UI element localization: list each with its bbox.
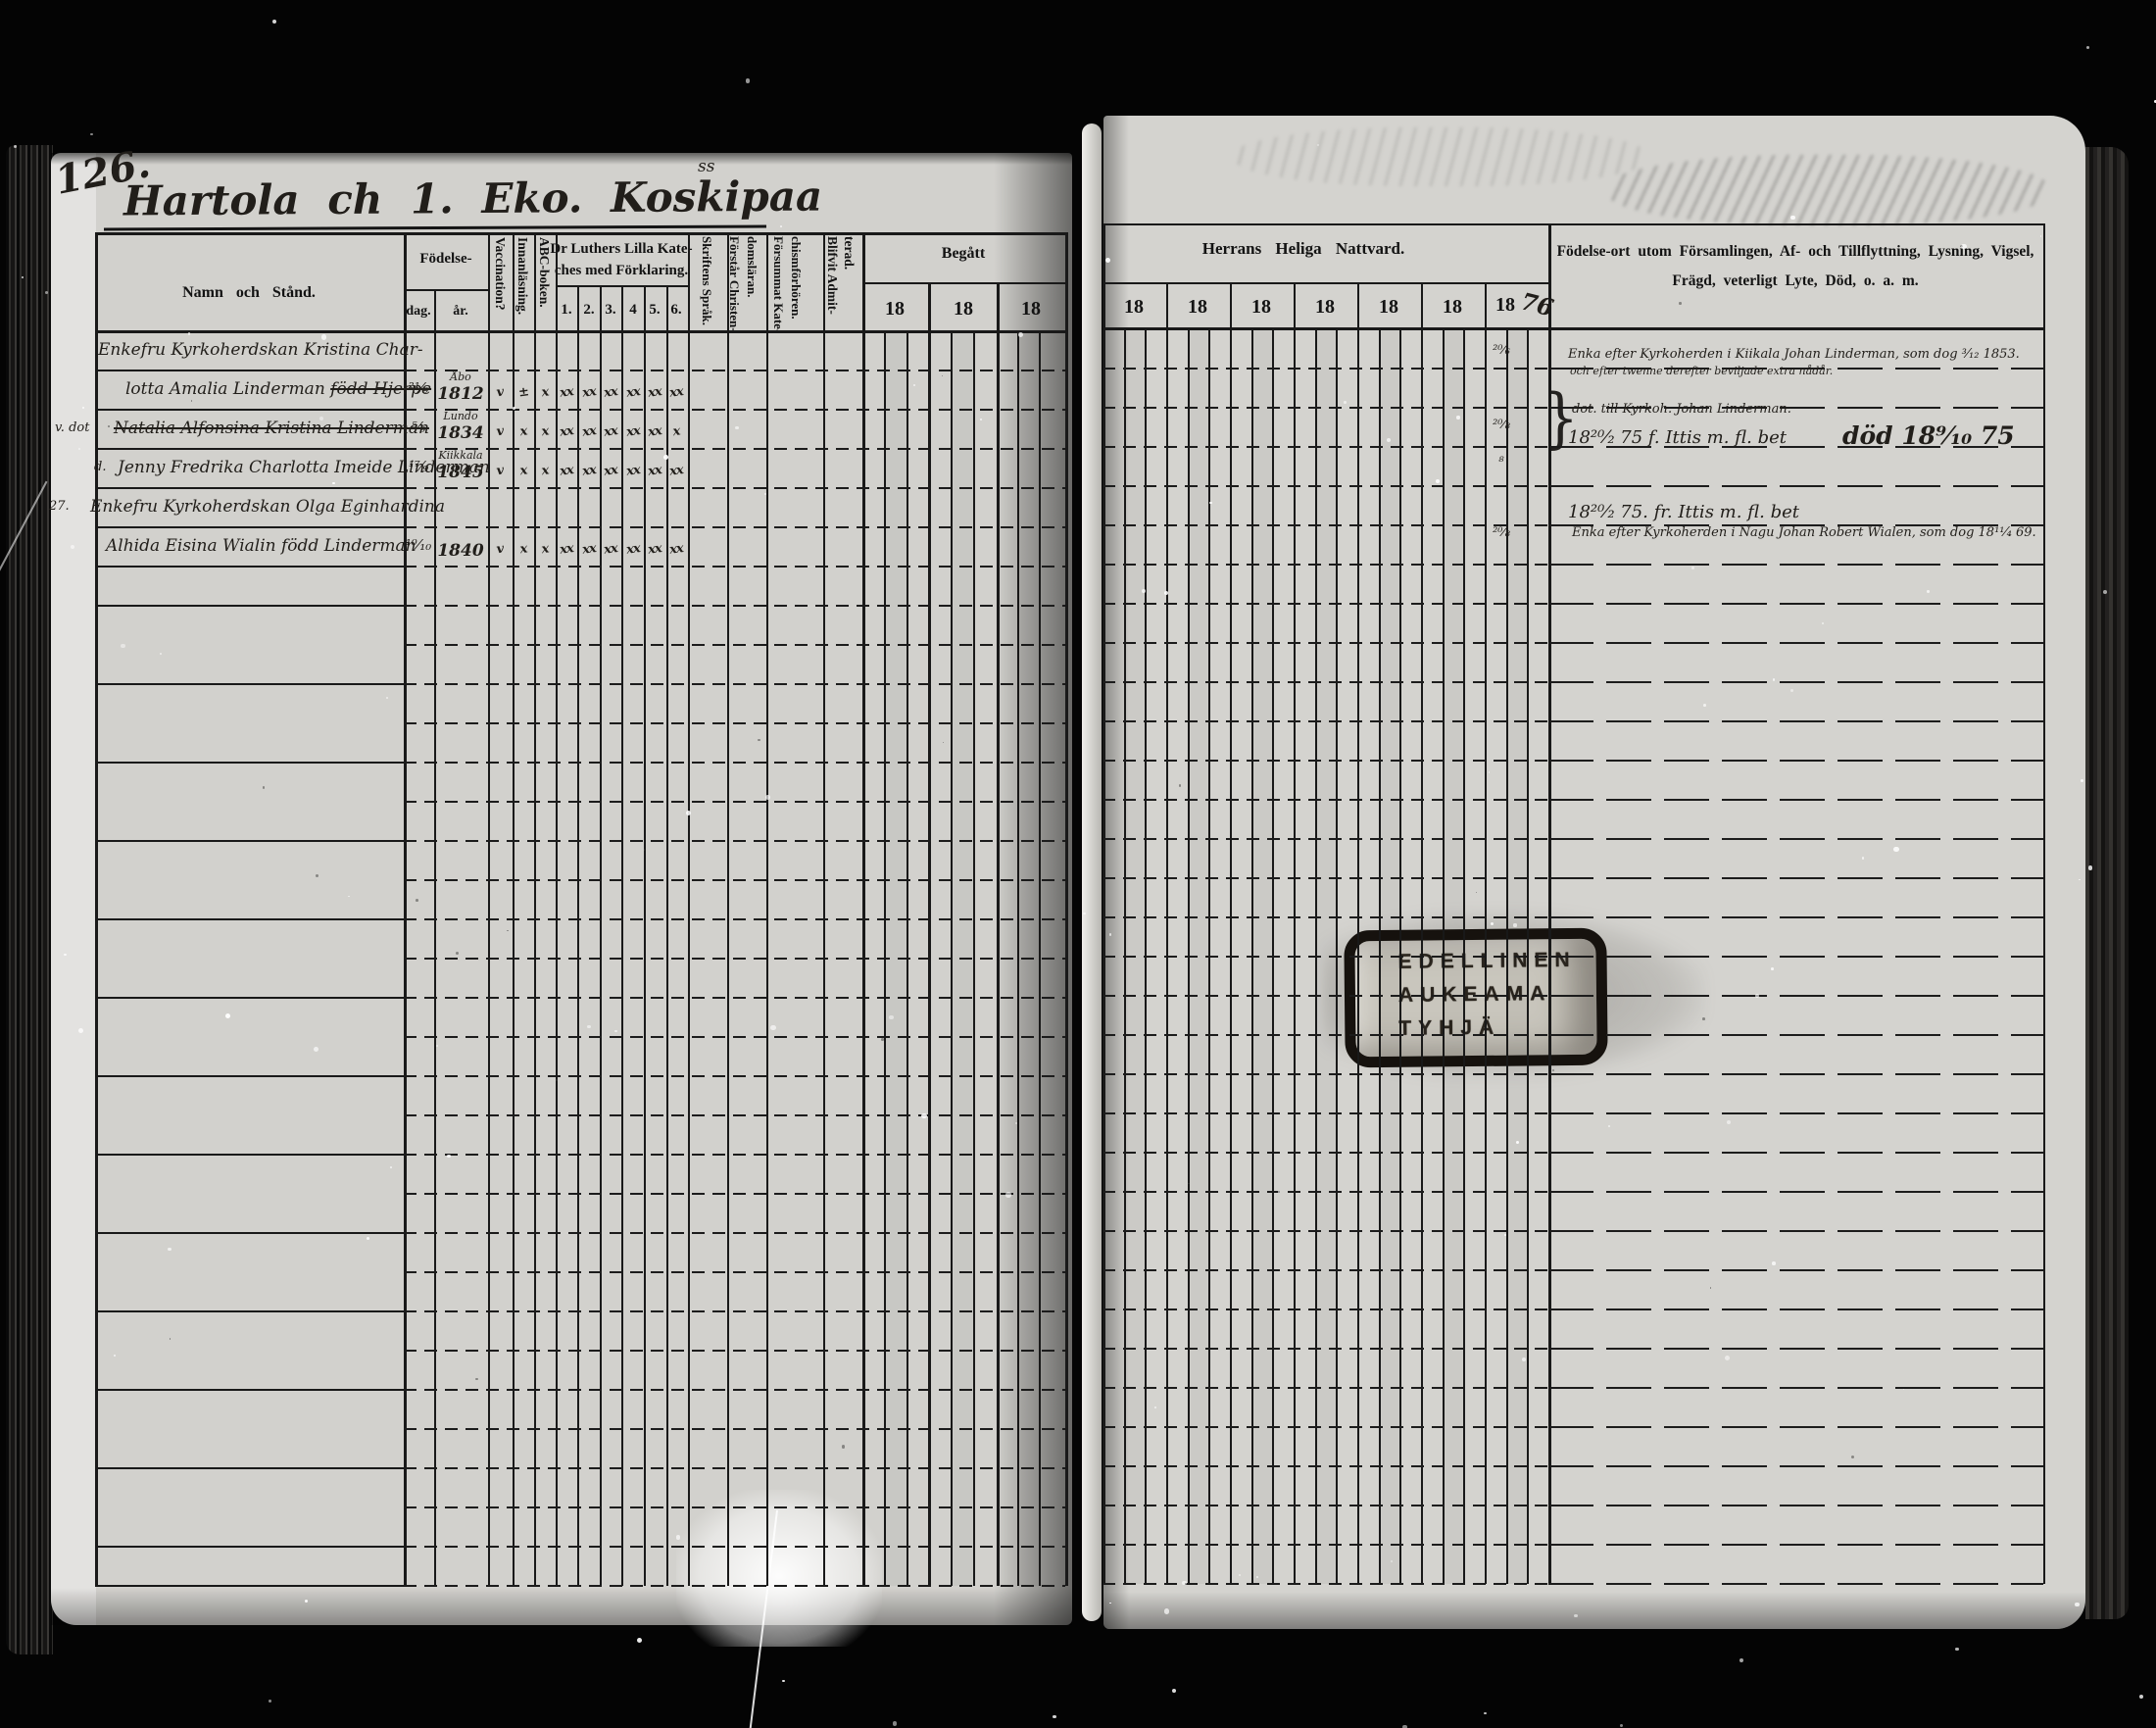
catechism-number: 1.: [561, 302, 571, 319]
grid-row-dashed: [1548, 1544, 2043, 1546]
entry-name-text: Enkefru Kyrkoherdskan Olga Eginhardina: [90, 497, 445, 517]
communion-year-label-right: 18: [1315, 296, 1335, 319]
book-right-edge: [2085, 147, 2129, 1619]
dust-speck: [2040, 235, 2042, 237]
name-column-rule: [95, 566, 404, 568]
entry-check-mark: v: [496, 464, 505, 479]
grid-row-dashed: [1102, 1152, 1548, 1154]
name-column-rule: [95, 1585, 404, 1587]
grid-row-dashed: [1548, 1112, 2043, 1114]
dust-speck: [980, 419, 982, 420]
entry-check-mark: xx: [647, 541, 661, 558]
col-header-understands-2: domsläran.: [744, 236, 759, 297]
dust-speck: [1927, 590, 1929, 592]
grid-row-dashed: [1548, 877, 2043, 879]
birth-subheader-line: [404, 289, 488, 291]
name-column-rule: [95, 605, 404, 607]
entry-name-text: Enkefru Kyrkoherdskan Kristina Char-: [98, 340, 423, 360]
dust-speck: [332, 482, 334, 484]
entry-birth-day: ⁵⁄₉: [412, 419, 426, 436]
dust-speck: [1574, 1614, 1578, 1618]
ink-speck: [650, 430, 652, 432]
grid-row-dashed: [1102, 799, 1548, 801]
grid-row-dashed: [1102, 1230, 1548, 1232]
right-table-top-border: [1102, 223, 2043, 225]
grid-vline: [823, 232, 825, 1586]
grid-row-dashed: [1102, 446, 1548, 448]
dust-speck: [1182, 1581, 1186, 1585]
grid-row-dashed: [1102, 760, 1548, 762]
col-header-reading: Innanläsning.: [514, 237, 530, 315]
entry-check-mark: xx: [603, 541, 617, 558]
entry-check-mark: xx: [581, 541, 596, 558]
catechism-number: 3.: [605, 302, 615, 319]
name-column-rule: [95, 1154, 404, 1156]
left-page-margin-light: [51, 153, 96, 1625]
left-table-header-bottom: [95, 330, 1065, 333]
entry-check-mark: xx: [559, 423, 573, 440]
name-column-rule: [95, 1546, 404, 1548]
entry-check-mark: xx: [625, 423, 640, 440]
catechism-number: 4: [629, 302, 637, 319]
dust-speck: [319, 417, 323, 420]
communion-year-label: 18: [1021, 298, 1041, 321]
grid-row-dashed: [1102, 368, 1548, 370]
dust-speck: [780, 225, 782, 227]
dust-speck: [1278, 1191, 1280, 1193]
note-text: Enka efter Kyrkoherden i Kiikala Johan L…: [1568, 347, 2020, 362]
dust-speck: [305, 1600, 308, 1603]
entry-name-text: lotta Amalia Linderman: [125, 379, 330, 399]
ink-speck: [1702, 1017, 1705, 1020]
right-communion-subheader-line: [1102, 282, 1548, 284]
dust-speck: [614, 1030, 616, 1032]
communion-date-mark: ²⁰⁄₈: [1493, 418, 1510, 432]
ink-speck: [191, 400, 193, 402]
dust-speck: [1015, 1122, 1017, 1124]
dust-speck: [921, 1113, 926, 1118]
right-table-right-border: [2043, 223, 2045, 1584]
ink-speck: [842, 1445, 845, 1448]
grid-row-dashed: [1102, 720, 1548, 722]
right-page-bottom-shadow: [1103, 1592, 2085, 1629]
entry-birth-day: ¹⁷⁄₉: [409, 458, 429, 475]
col-header-catechism-2: ches med Förklaring.: [555, 263, 688, 279]
grid-vline: [973, 333, 975, 1586]
ink-speck: [1179, 784, 1181, 786]
gutter-highlight: [1082, 123, 1102, 1621]
communion-year-label: 18: [885, 298, 905, 321]
col-header-admitted-1: Blifvit Admit-: [824, 236, 840, 315]
grid-row-dashed: [1548, 1152, 2043, 1154]
page-title: Hartola ch 1. Eko. Koskipaa: [123, 173, 822, 225]
left-page-bottom-shadow: [51, 1588, 1072, 1625]
grid-row-dashed: [1548, 838, 2043, 840]
ink-speck: [108, 425, 110, 427]
entry-check-mark: xx: [603, 384, 617, 401]
dust-speck: [1154, 1407, 1156, 1408]
col-header-catechism-1: Dr Luthers Lilla Kate-: [550, 241, 692, 258]
entry-check-mark: xx: [581, 423, 596, 440]
grid-row-dashed: [1102, 407, 1548, 409]
name-column-rule: [95, 762, 404, 764]
right-table-header-bottom: [1102, 327, 2043, 330]
dust-speck: [2088, 865, 2093, 870]
dust-speck: [1456, 416, 1459, 419]
communion-year-label: 18: [954, 298, 973, 321]
ink-speck: [1851, 1456, 1854, 1458]
grid-row-dashed: [1548, 485, 2043, 487]
grid-row-dashed: [1548, 956, 2043, 958]
entry-check-mark: xx: [625, 541, 640, 558]
grid-row-dashed: [1102, 1544, 1548, 1546]
dust-speck: [676, 1535, 680, 1539]
dust-speck: [1739, 1658, 1743, 1662]
dust-speck: [1164, 591, 1168, 595]
entry-check-mark: xx: [603, 423, 617, 440]
dust-speck: [686, 811, 691, 815]
ink-speck: [456, 952, 459, 955]
grid-row-dashed: [1548, 1230, 2043, 1232]
dust-speck: [2103, 590, 2107, 594]
col-header-scripture: Skriftens Språk.: [699, 236, 714, 325]
grid-row-dashed: [1548, 1505, 2043, 1506]
entry-name-struck: Natalia Alfonsina Kristina Linderman: [114, 419, 429, 438]
entry-check-mark: xx: [559, 463, 573, 479]
name-column-rule: [95, 1389, 404, 1391]
name-column-rule: [95, 683, 404, 685]
dust-speck: [1256, 1576, 1258, 1578]
note-text: Enka efter Kyrkoherden i Nagu Johan Robe…: [1572, 525, 2036, 540]
note-text: och efter twenne derefter beviljade extr…: [1570, 365, 1833, 377]
entry-check-mark: xx: [668, 541, 683, 558]
grid-vline: [862, 232, 865, 1586]
name-column-rule: [95, 840, 404, 842]
flare-bottom: [676, 1490, 882, 1647]
entry-check-mark: ±: [517, 384, 529, 400]
entry-check-mark: xx: [625, 384, 640, 401]
ink-speck: [758, 739, 759, 741]
dust-speck: [269, 1700, 271, 1703]
dust-speck: [1983, 531, 1984, 533]
communion-year-label-right: 18: [1124, 296, 1144, 319]
entry-check-mark: v: [496, 424, 505, 440]
name-column-rule: [95, 1310, 404, 1312]
dust-speck: [1018, 332, 1023, 337]
grid-row-dashed: [1102, 956, 1548, 958]
grid-row-dashed: [1548, 1465, 2043, 1467]
dust-speck: [2139, 1695, 2143, 1699]
ink-speck: [1552, 1069, 1554, 1071]
grid-vline: [766, 232, 768, 1586]
col-header-admitted-2: terad.: [841, 236, 857, 270]
grid-row-dashed: [1102, 681, 1548, 683]
dust-speck: [386, 697, 388, 699]
grid-row-dashed: [1102, 1073, 1548, 1075]
page-title-superscript: ss: [698, 157, 714, 176]
entry-margin-note: d.: [94, 460, 106, 474]
ghost-writing-smudge: [1607, 155, 2048, 225]
catechism-number: 5.: [649, 302, 660, 319]
catechism-number: 2.: [583, 302, 594, 319]
dust-speck: [735, 426, 739, 430]
communion-subheader-line: [862, 282, 1065, 284]
col-header-birth-year: år.: [453, 304, 467, 320]
column-tint: [884, 333, 906, 1586]
grid-row-dashed: [1102, 877, 1548, 879]
dust-speck: [637, 1638, 642, 1643]
left-page-top-shadow: [51, 153, 1072, 165]
grid-row-dashed: [1548, 603, 2043, 605]
grid-row-dashed: [1102, 916, 1548, 918]
note-text: dot. till Kyrkoh. Johan Linderman.: [1572, 402, 1791, 417]
col-header-name: Namn och Stånd.: [182, 284, 316, 302]
dust-speck: [2086, 46, 2089, 49]
grid-row-dashed: [1102, 1034, 1548, 1036]
dust-speck: [1239, 1574, 1241, 1576]
dust-speck: [1703, 704, 1706, 707]
grid-row-dashed: [1548, 1269, 2043, 1271]
grid-row-dashed: [1548, 1348, 2043, 1350]
year-label-1876-printed: 18: [1495, 294, 1515, 317]
col-header-communion-right: Herrans Heliga Nattvard.: [1202, 239, 1405, 259]
note-text: 18²⁰⁄₂ 75 f. Ittis m. fl. bet: [1568, 427, 1787, 448]
grid-row-dashed: [1548, 564, 2043, 566]
ink-speck: [1679, 302, 1681, 304]
grid-row-dashed: [1102, 1308, 1548, 1310]
dust-speck: [1513, 923, 1516, 926]
name-column-rule: [95, 1467, 404, 1469]
dust-speck: [765, 795, 770, 800]
name-column-rule: [95, 448, 404, 450]
entry-name: Enkefru Kyrkoherdskan Kristina Char-: [98, 340, 423, 360]
name-column-rule: [95, 1075, 404, 1077]
dust-speck: [663, 455, 668, 460]
name-column-rule: [95, 487, 404, 489]
entry-birth-place: Lundo: [443, 410, 477, 422]
dust-speck: [272, 20, 276, 24]
dust-speck: [168, 1248, 171, 1251]
grid-row-dashed: [1102, 838, 1548, 840]
book-left-edge: [6, 145, 53, 1654]
note-text: 18²⁰⁄₂ 75. fr. Ittis m. fl. bet: [1568, 502, 1799, 522]
dust-speck: [746, 78, 751, 83]
dust-speck: [1504, 1234, 1506, 1236]
entry-check-mark: xx: [625, 463, 640, 479]
grid-row-dashed: [1102, 524, 1548, 526]
dust-speck: [1620, 1724, 1623, 1727]
communion-year-label-right: 18: [1379, 296, 1398, 319]
col-header-birth-day: dag.: [406, 304, 430, 320]
grid-row-dashed: [1548, 916, 2043, 918]
entry-name: Jenny Fredrika Charlotta Imeide Linderma…: [118, 458, 490, 477]
note-death-text: död 18⁹⁄₁₀ 75: [1842, 421, 2015, 450]
grid-row-dashed: [1548, 642, 2043, 644]
dust-speck: [1608, 1125, 1610, 1127]
entry-name: lotta Amalia Linderman född Hjerpe: [125, 379, 431, 399]
entry-name: Enkefru Kyrkoherdskan Olga Eginhardina: [90, 497, 445, 517]
grid-row-dashed: [1102, 603, 1548, 605]
dust-speck: [314, 1047, 318, 1052]
grid-row-dashed: [1548, 1073, 2043, 1075]
parish-register-scan: 126. Hartola ch 1. Eko. Koskipaa ss Namn…: [0, 0, 2156, 1728]
dust-speck: [770, 1025, 775, 1030]
grid-vline: [513, 232, 514, 1586]
communion-date-mark: ²⁰⁄₆: [1493, 343, 1510, 358]
entry-birth-day: ¹⁰⁄₁₀: [406, 536, 432, 554]
grid-row-dashed: [1548, 1583, 2043, 1585]
name-column-rule: [95, 1232, 404, 1234]
dust-speck: [889, 1015, 894, 1020]
entry-name: Natalia Alfonsina Kristina Linderman: [114, 419, 429, 438]
grid-row-dashed: [1102, 1269, 1548, 1271]
entry-check-mark: xx: [668, 463, 683, 479]
entry-check-mark: v: [496, 385, 505, 401]
entry-birth-place: Kiikkala: [438, 449, 482, 462]
grid-row-dashed: [1102, 1112, 1548, 1114]
entry-birth-year: 1812: [437, 384, 483, 404]
grid-row-dashed: [1548, 1308, 2043, 1310]
dust-speck: [1164, 1608, 1169, 1613]
grid-row-dashed: [1548, 1387, 2043, 1389]
left-table-top-border: [95, 232, 1065, 235]
grid-row-dashed: [1548, 995, 2043, 997]
communion-year-label-right: 18: [1443, 296, 1462, 319]
grid-row-dashed: [1102, 1348, 1548, 1350]
communion-date-mark: ²⁰⁄₈: [1493, 525, 1510, 540]
grid-row-dashed: [1548, 760, 2043, 762]
entry-margin-note: 27.: [49, 499, 70, 514]
communion-year-label-right: 18: [1251, 296, 1271, 319]
left-page: [51, 153, 1072, 1625]
grid-row-dashed: [1548, 1426, 2043, 1428]
dust-speck: [90, 133, 92, 135]
entry-birth-year: 1840: [437, 541, 483, 561]
grid-row-dashed: [1548, 681, 2043, 683]
dust-speck: [1053, 1715, 1055, 1718]
entry-check-mark: xx: [559, 541, 573, 558]
entry-birth-day: ²¹⁄₉: [409, 379, 429, 397]
grid-vline: [1065, 232, 1068, 1586]
dust-speck: [1172, 1689, 1176, 1693]
entry-name: Alhida Eisina Wialin född Linderman: [106, 536, 416, 556]
grid-row-dashed: [1102, 1505, 1548, 1506]
col-header-vaccination: Vaccination?: [492, 237, 508, 311]
dust-speck: [1083, 913, 1085, 914]
grid-vline: [727, 232, 729, 1586]
grid-row-dashed: [1102, 485, 1548, 487]
dust-speck: [1772, 1261, 1776, 1265]
entry-check-mark: xx: [647, 463, 661, 479]
entry-birth-year: 1845: [437, 463, 483, 482]
grid-row-dashed: [1102, 642, 1548, 644]
grid-vline: [688, 232, 690, 1586]
grid-row-dashed: [1102, 995, 1548, 997]
entry-birth-place: Åbo: [450, 370, 471, 383]
dust-speck: [447, 1155, 450, 1158]
dust-speck: [893, 1721, 898, 1726]
entry-check-mark: xx: [603, 463, 617, 479]
notes-column-left-border: [1548, 223, 1551, 1584]
grid-row-dashed: [1102, 1583, 1548, 1585]
ink-speck: [316, 874, 318, 877]
entry-name-text: Jenny Fredrika Charlotta Imeide Linderma…: [118, 458, 490, 477]
entry-name-text: Alhida Eisina Wialin född Linderman: [106, 536, 416, 556]
grid-row-dashed: [1102, 1191, 1548, 1193]
ink-speck: [644, 849, 645, 850]
dust-speck: [321, 334, 326, 339]
dust-speck: [1727, 1120, 1731, 1124]
dust-speck: [1790, 216, 1795, 221]
grid-vline: [434, 289, 436, 1586]
grid-vline: [906, 333, 908, 1586]
entry-check-mark: xx: [668, 384, 683, 401]
dust-speck: [782, 1680, 784, 1682]
ghost-writing-smudge-2: [1235, 127, 1646, 186]
communion-date-mark: ⁸: [1498, 455, 1503, 469]
grid-row-dashed: [1102, 564, 1548, 566]
grid-row-dashed: [1548, 720, 2043, 722]
column-tint: [951, 333, 973, 1586]
dust-speck: [14, 145, 17, 148]
name-column-rule: [95, 997, 404, 999]
grid-vline: [556, 232, 558, 1586]
dust-speck: [390, 1166, 392, 1168]
dust-speck: [913, 384, 915, 386]
entry-margin-note: v. dot: [55, 420, 89, 435]
dust-speck: [1955, 1648, 1959, 1652]
dust-speck: [64, 954, 66, 956]
grid-row-dashed: [1548, 799, 2043, 801]
dust-speck: [436, 1045, 438, 1047]
name-column-rule: [95, 370, 404, 371]
entry-check-mark: xx: [581, 384, 596, 401]
name-column-rule: [95, 918, 404, 920]
col-header-communion-left: Begått: [942, 245, 985, 263]
grid-vline: [1039, 333, 1041, 1586]
entry-check-mark: xx: [559, 384, 573, 401]
grid-vline: [534, 232, 536, 1586]
grid-row-dashed: [1102, 1465, 1548, 1467]
col-header-birth: Födelse-: [419, 251, 471, 268]
dust-speck: [1344, 401, 1346, 403]
dust-speck: [1484, 1712, 1486, 1714]
col-header-missed-2: chismförhören.: [788, 236, 804, 320]
entry-check-mark: xx: [647, 384, 661, 401]
dust-speck: [1142, 589, 1146, 593]
entry-check-mark: v: [496, 542, 505, 558]
dust-speck: [764, 493, 766, 495]
grid-vline: [95, 232, 98, 1586]
grid-row-dashed: [1102, 1426, 1548, 1428]
entry-check-mark: xx: [581, 463, 596, 479]
dust-speck: [2079, 879, 2081, 881]
name-column-rule: [95, 526, 404, 528]
catechism-number: 6.: [670, 302, 681, 319]
grid-vline: [488, 232, 490, 1586]
name-column-rule: [95, 409, 404, 411]
dust-speck: [121, 644, 124, 648]
grid-row-dashed: [1548, 1191, 2043, 1193]
right-table-left-border: [1102, 223, 1105, 1584]
column-tint: [1017, 333, 1039, 1586]
entry-birth-year: 1834: [437, 423, 483, 443]
grid-row-dashed: [1548, 1034, 2043, 1036]
communion-year-label-right: 18: [1188, 296, 1207, 319]
grid-row-dashed: [1102, 1387, 1548, 1389]
dust-speck: [1005, 1192, 1010, 1197]
notes-header-line2: Frägd, veterligt Lyte, Död, o. a. m.: [1672, 272, 1918, 290]
